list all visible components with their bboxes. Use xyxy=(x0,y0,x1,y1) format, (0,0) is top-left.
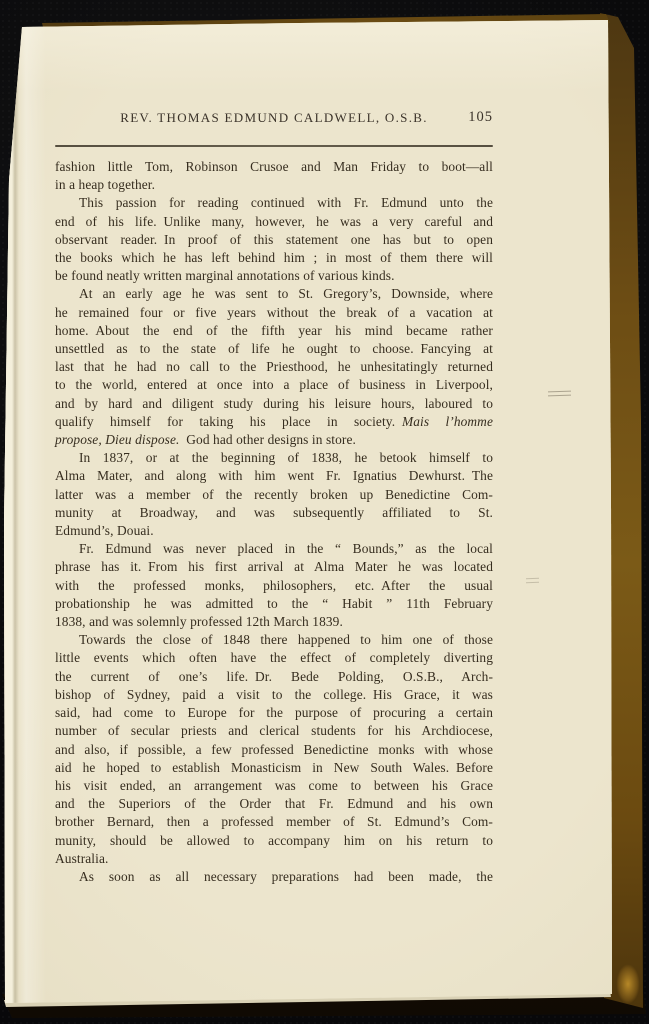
marginal-pencil-mark xyxy=(548,391,571,398)
text-line: and the Superiors of the Order that Fr. … xyxy=(55,795,493,813)
text-line: In 1837, or at the beginning of 1838, he… xyxy=(55,449,493,467)
scanned-book-photo: REV. THOMAS EDMUND CALDWELL, O.S.B. 105 … xyxy=(0,0,649,1024)
text-line: munity at Broadway, and was subsequently… xyxy=(55,504,493,522)
text-line: At an early age he was sent to St. Grego… xyxy=(55,285,493,303)
text-line: home. About the end of the fifth year hi… xyxy=(55,322,493,340)
marginal-pencil-mark-faint xyxy=(526,578,539,585)
text-line: to the world, entered at once into a pla… xyxy=(55,376,493,394)
text-line: This passion for reading continued with … xyxy=(55,194,493,212)
text-line: As soon as all necessary preparations ha… xyxy=(55,868,493,886)
text-line: brother Bernard, then a professed member… xyxy=(55,813,493,831)
text-line: Australia. xyxy=(55,850,493,868)
text-line: fashion little Tom, Robinson Crusoe and … xyxy=(55,158,493,176)
text-line: with the professed monks, philosophers, … xyxy=(55,577,493,595)
text-line: munity, should be allowed to accompany h… xyxy=(55,832,493,850)
text-line: Edmund’s, Douai. xyxy=(55,522,493,540)
running-title: REV. THOMAS EDMUND CALDWELL, O.S.B. xyxy=(55,110,493,126)
text-line: qualify himself for taking his place in … xyxy=(55,413,493,431)
text-line: end of his life. Unlike many, however, h… xyxy=(55,213,493,231)
text-line: Fr. Edmund was never placed in the “ Bou… xyxy=(55,540,493,558)
text-line: Towards the close of 1848 there happened… xyxy=(55,631,493,649)
text-line: little events which often have the effec… xyxy=(55,649,493,667)
text-line: he remained four or five years without t… xyxy=(55,304,493,322)
text-line: be found neatly written marginal annotat… xyxy=(55,267,493,285)
text-line: probationship he was admitted to the “ H… xyxy=(55,595,493,613)
text-line: bishop of Sydney, paid a visit to the co… xyxy=(55,686,493,704)
text-line: and by hard and diligent study during hi… xyxy=(55,395,493,413)
text-line: propose, Dieu dispose. God had other des… xyxy=(55,431,493,449)
worn-cover-corner xyxy=(615,962,641,1006)
text-line: and also, if possible, a few professed B… xyxy=(55,741,493,759)
text-line: 1838, and was solemnly professed 12th Ma… xyxy=(55,613,493,631)
text-line: unsettled as to the state of life he oug… xyxy=(55,340,493,358)
text-line: observant reader. In proof of this state… xyxy=(55,231,493,249)
text-line: the books which he has left behind him ;… xyxy=(55,249,493,267)
text-line: in a heap together. xyxy=(55,176,493,194)
text-line: last that he had no call to the Priestho… xyxy=(55,358,493,376)
text-line: phrase has it. From his first arrival at… xyxy=(55,558,493,576)
text-line: Alma Mater, and along with him went Fr. … xyxy=(55,467,493,485)
text-line: number of secular priests and clerical s… xyxy=(55,722,493,740)
body-text: fashion little Tom, Robinson Crusoe and … xyxy=(55,158,493,886)
text-line: the current of one’s life. Dr. Bede Pold… xyxy=(55,668,493,686)
text-line: his visit ended, an arrangement was come… xyxy=(55,777,493,795)
text-line: latter was a member of the recently brok… xyxy=(55,486,493,504)
text-line: aid he hoped to establish Monasticism in… xyxy=(55,759,493,777)
page-number: 105 xyxy=(468,109,493,126)
text-line: said, had come to Europe for the purpose… xyxy=(55,704,493,722)
running-header: REV. THOMAS EDMUND CALDWELL, O.S.B. 105 xyxy=(55,110,493,130)
header-rule xyxy=(55,145,493,147)
